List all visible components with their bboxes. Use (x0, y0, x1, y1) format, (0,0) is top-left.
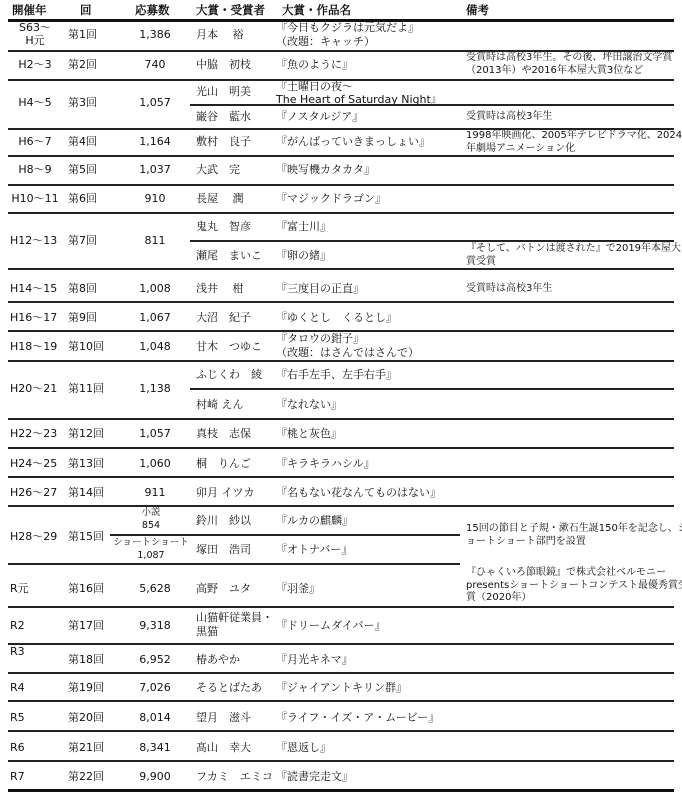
cell-round: 第9回 (68, 311, 97, 325)
row-divider (8, 447, 674, 449)
cell-round: 第17回 (68, 619, 104, 633)
cell-entries: 811 (120, 234, 190, 248)
cell-title: 『オトナバー』 (276, 543, 352, 557)
cell-title: 『羽釜』 (276, 582, 320, 596)
header-entries: 応募数 (135, 3, 170, 17)
cell-winner: 甘木 つゆこ (196, 340, 262, 354)
row-divider (8, 700, 674, 702)
cell-title: 『今日もクジラは元気だよ』 (276, 21, 419, 35)
cell-entries: 9,318 (120, 619, 190, 633)
row-divider (8, 760, 674, 762)
cell-round: 第20回 (68, 711, 104, 725)
row-divider (8, 268, 674, 270)
cell-winner: フカミ エミコ (196, 770, 273, 784)
row-divider (8, 672, 674, 674)
cell-title: （改題：はさんではさんで） (276, 346, 419, 360)
cell-round: 第15回 (68, 530, 104, 544)
cell-round: 第14回 (68, 486, 104, 500)
row-divider (8, 606, 674, 608)
cell-entries: 1,164 (120, 135, 190, 149)
cell-round: 第8回 (68, 282, 97, 296)
cell-round: 第5回 (68, 163, 97, 177)
cell-winner: 瀬尾 まいこ (196, 249, 262, 263)
cell-entries: 1,048 (120, 340, 190, 354)
cell-note: 1998年映画化、2005年テレビドラマ化、2024年劇場アニメーション化 (466, 130, 682, 155)
cell-year: H10〜11 (6, 192, 64, 206)
cell-entries: 740 (120, 58, 190, 72)
cell-title: 『ノスタルジア』 (276, 110, 363, 124)
cell-round: 第11回 (68, 382, 104, 396)
cell-winner: 桐 りんご (196, 457, 251, 471)
cell-title: 『桃と灰色』 (276, 427, 342, 441)
cell-round: 第21回 (68, 741, 104, 755)
cell-round: 第18回 (68, 653, 104, 667)
row-divider (8, 643, 674, 645)
cell-winner: 大武 完 (196, 163, 240, 177)
cell-entries: 5,628 (120, 582, 190, 596)
cell-note: 受賞時は高校3年生。その後、坪田譲治文学賞（2013年）や2016年本屋大賞3位… (466, 52, 682, 77)
cell-winner: 山猫軒従業員・ (196, 611, 273, 625)
cell-title: 『富士川』 (276, 220, 331, 234)
header-winner: 大賞・受賞者 (196, 3, 265, 17)
cell-title: （改題：キャッチ） (276, 35, 375, 49)
header-year: 開催年 (12, 3, 47, 17)
table-bottom-border (8, 789, 674, 792)
cell-title: 『がんばっていきまっしょい』 (276, 135, 430, 149)
cell-title: 『マジックドラゴン』 (276, 192, 386, 206)
sub-row-divider (190, 388, 674, 390)
cell-year: H4〜5 (10, 96, 60, 110)
cell-round: 第1回 (68, 28, 97, 42)
cell-entries: 1,037 (120, 163, 190, 177)
cell-note: 15回の節目と子規・漱石生誕150年を記念し、ショートショート部門を設置 (466, 523, 682, 548)
cell-year: H26〜27 (10, 486, 57, 500)
cell-title: 『ルカの麒麟』 (276, 514, 353, 528)
cell-entries: 1,067 (120, 311, 190, 325)
cell-winner: 高野 ユタ (196, 582, 251, 596)
cell-round: 第12回 (68, 427, 104, 441)
row-divider (8, 418, 674, 420)
cell-entries: 9,900 (120, 770, 190, 784)
cell-title: 『卵の緒』 (276, 249, 331, 263)
sub-row-divider (190, 240, 674, 242)
cell-winner: 大沼 紀子 (196, 311, 251, 325)
cell-year: R5 (10, 711, 25, 725)
cell-winner: 中脇 初枝 (196, 58, 251, 72)
sub-row-divider (110, 534, 460, 536)
sub-row-divider (190, 104, 674, 106)
cell-entries: 6,952 (120, 653, 190, 667)
cell-entries: 1,057 (120, 427, 190, 441)
cell-title: 『三度目の正直』 (276, 282, 364, 296)
cell-year: R2 (10, 619, 25, 633)
cell-winner: 真枝 志保 (196, 427, 251, 441)
cell-winner: 月本 裕 (196, 28, 244, 42)
cell-title: 『恩返し』 (276, 741, 331, 755)
cell-winner: 長屋 潤 (196, 192, 244, 206)
cell-winner: 光山 明美 (196, 85, 251, 99)
cell-year: S63〜 (10, 21, 60, 35)
cell-year: R元 (10, 582, 29, 596)
cell-entries: 1,138 (120, 382, 190, 396)
cell-title: 『ジャイアントキリン群』 (276, 681, 407, 695)
row-divider (8, 155, 674, 157)
cell-round: 第16回 (68, 582, 104, 596)
cell-entries: 8,341 (120, 741, 190, 755)
cell-winner: 黒猫 (196, 625, 218, 639)
cell-year: H14〜15 (10, 282, 57, 296)
cell-title: 『魚のように』 (276, 58, 353, 72)
row-divider (8, 301, 674, 303)
row-divider (8, 730, 674, 732)
cell-title: 『映写機カタカタ』 (276, 163, 375, 177)
cell-winner: 巌谷 藍水 (196, 110, 251, 124)
cell-winner: 浅井 柑 (196, 282, 244, 296)
cell-title: 『月光キネマ』 (276, 653, 353, 667)
row-divider (8, 360, 674, 362)
cell-category: ショートショート (108, 537, 194, 550)
cell-round: 第7回 (68, 234, 97, 248)
row-divider (8, 476, 674, 478)
cell-entries: 1,386 (120, 28, 190, 42)
cell-year: R7 (10, 770, 25, 784)
cell-note: 『ひゃくいろ節眼鏡』で株式会社ベルモニーpresentsショートショートコンテス… (466, 567, 682, 605)
row-divider (8, 212, 674, 214)
cell-winner: 髙山 幸大 (196, 741, 251, 755)
cell-category: 小説 (108, 507, 194, 520)
cell-year: R3 (10, 645, 25, 659)
cell-note: 受賞時は高校3年生 (466, 110, 552, 124)
cell-year: H20〜21 (10, 382, 57, 396)
cell-year: H元 (10, 34, 60, 48)
cell-winner: そるとばたあ (196, 681, 262, 695)
cell-year: R4 (10, 681, 25, 695)
cell-winner: ふじくわ 綾 (196, 368, 262, 382)
cell-year: H2〜3 (10, 58, 60, 72)
cell-year: H24〜25 (10, 457, 57, 471)
cell-year: H16〜17 (10, 311, 57, 325)
cell-year: H12〜13 (10, 234, 57, 248)
cell-title: 『土曜日の夜〜 (276, 80, 353, 94)
cell-entries: 7,026 (120, 681, 190, 695)
cell-year: R6 (10, 741, 25, 755)
cell-entries: 1,008 (120, 282, 190, 296)
cell-entries: 854 (108, 520, 194, 533)
cell-round: 第4回 (68, 135, 97, 149)
cell-winner: 椿あやか (196, 653, 240, 667)
cell-title: 『キラキラハシル』 (276, 457, 375, 471)
cell-round: 第10回 (68, 340, 104, 354)
cell-entries: 8,014 (120, 711, 190, 725)
cell-winner: 鬼丸 智彦 (196, 220, 251, 234)
cell-title: 『ライフ・イズ・ア・ムービー』 (276, 711, 439, 725)
cell-entries: 1,060 (120, 457, 190, 471)
cell-title: 『読書完走文』 (276, 770, 353, 784)
cell-note: 『そして、バトンは渡された』で2019年本屋大賞受賞 (466, 243, 682, 268)
cell-year: H6〜7 (10, 135, 60, 149)
cell-year: H18〜19 (10, 340, 57, 354)
cell-winner: 望月 滋斗 (196, 711, 251, 725)
cell-entries: 910 (120, 192, 190, 206)
cell-winner: 鈴川 紗以 (196, 514, 251, 528)
cell-title: 『ドリームダイバー』 (276, 619, 386, 633)
cell-winner: 敷村 良子 (196, 135, 251, 149)
row-divider (8, 184, 674, 186)
cell-entries: 1,057 (120, 96, 190, 110)
cell-year: H8〜9 (10, 163, 60, 177)
cell-entries: 911 (120, 486, 190, 500)
cell-round: 第22回 (68, 770, 104, 784)
cell-round: 第2回 (68, 58, 97, 72)
cell-title: 『タロウの鉗子』 (276, 332, 364, 346)
header-notes: 備考 (466, 3, 489, 17)
cell-winner: 村崎 えん (196, 398, 244, 412)
cell-year: H22〜23 (10, 427, 57, 441)
header-title: 大賞・作品名 (282, 3, 351, 17)
cell-title: 『なれない』 (276, 398, 342, 412)
cell-title: 『右手左手、左手右手』 (276, 368, 397, 382)
cell-entries: 1,087 (108, 550, 194, 563)
cell-round: 第19回 (68, 681, 104, 695)
cell-round: 第6回 (68, 192, 97, 206)
header-round: 回 (80, 3, 92, 17)
cell-round: 第13回 (68, 457, 104, 471)
cell-winner: 卯月 イツカ (196, 486, 255, 500)
cell-year: H28〜29 (10, 530, 57, 544)
cell-title: 『名もない花なんてものはない』 (276, 486, 441, 500)
cell-winner: 塚田 浩司 (196, 543, 251, 557)
cell-note: 受賞時は高校3年生 (466, 282, 552, 296)
cell-round: 第3回 (68, 96, 97, 110)
cell-title: 『ゆくとし くるとし』 (276, 311, 397, 325)
row-divider (8, 563, 460, 565)
